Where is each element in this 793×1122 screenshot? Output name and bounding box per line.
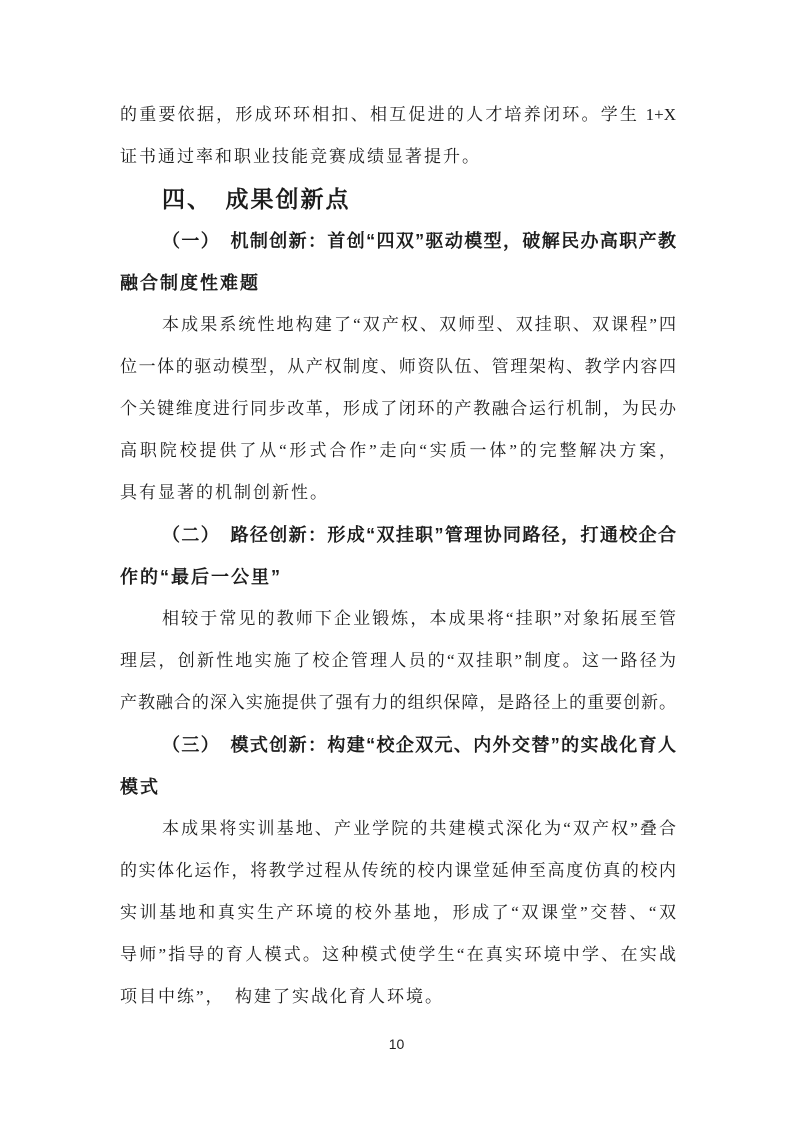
text-line: 位一体的驱动模型，从产权制度、师资队伍、管理架构、教学内容四 [120, 346, 676, 388]
text-line: 实训基地和真实生产环境的校外基地，形成了“双课堂”交替、“双 [120, 892, 676, 934]
text-line: 导师”指导的育人模式。这种模式使学生“在真实环境中学、在实战 [120, 934, 676, 976]
text-line: 的实体化运作，将教学过程从传统的校内课堂延伸至高度仿真的校内 [120, 850, 676, 892]
page-number: 10 [0, 1033, 793, 1055]
text-line: 四、 成果创新点 [120, 178, 676, 220]
text-line: 融合制度性难题 [120, 262, 676, 304]
text-line: 作的“最后一公里” [120, 556, 676, 598]
text-line: 具有显著的机制创新性。 [120, 472, 676, 514]
text-line: 理层，创新性地实施了校企管理人员的“双挂职”制度。这一路径为 [120, 640, 676, 682]
document-page: 的重要依据，形成环环相扣、相互促进的人才培养闭环。学生 1+X证书通过率和职业技… [0, 0, 793, 1122]
text-line: （一） 机制创新：首创“四双”驱动模型，破解民办高职产教 [120, 220, 676, 262]
text-line: 本成果将实训基地、产业学院的共建模式深化为“双产权”叠合 [120, 808, 676, 850]
text-line: 项目中练”， 构建了实战化育人环境。 [120, 976, 676, 1018]
text-line: 证书通过率和职业技能竞赛成绩显著提升。 [120, 136, 676, 178]
document-body: 的重要依据，形成环环相扣、相互促进的人才培养闭环。学生 1+X证书通过率和职业技… [120, 94, 676, 1018]
text-line: 本成果系统性地构建了“双产权、双师型、双挂职、双课程”四 [120, 304, 676, 346]
text-line: 高职院校提供了从“形式合作”走向“实质一体”的完整解决方案， [120, 430, 676, 472]
text-line: 相较于常见的教师下企业锻炼，本成果将“挂职”对象拓展至管 [120, 598, 676, 640]
text-line: 的重要依据，形成环环相扣、相互促进的人才培养闭环。学生 1+X [120, 94, 676, 136]
text-line: （三） 模式创新：构建“校企双元、内外交替”的实战化育人 [120, 724, 676, 766]
text-line: 个关键维度进行同步改革，形成了闭环的产教融合运行机制，为民办 [120, 388, 676, 430]
text-line: （二） 路径创新：形成“双挂职”管理协同路径，打通校企合 [120, 514, 676, 556]
text-line: 模式 [120, 766, 676, 808]
text-line: 产教融合的深入实施提供了强有力的组织保障，是路径上的重要创新。 [120, 682, 676, 724]
